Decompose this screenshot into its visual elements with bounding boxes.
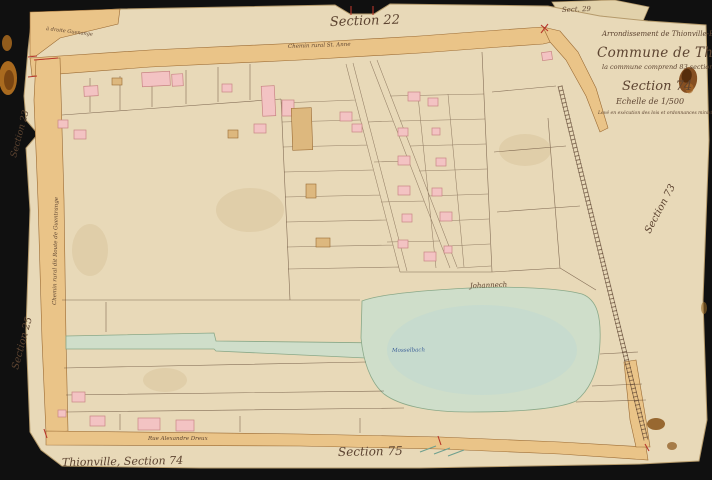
label-section-75: Section 75 [338, 444, 403, 459]
label-section-22: Section 22 [330, 13, 401, 30]
stain-bottom-right [647, 418, 665, 430]
label-water: Mosselbach [391, 347, 426, 354]
title-subnote: la commune comprend 83 sections [602, 63, 712, 71]
cadastral-map-scan: Section 22 Sect. 29 Section 23 Section 2… [0, 0, 712, 480]
title-section-number: Section 74 [622, 79, 692, 94]
map-canvas: Section 22 Sect. 29 Section 23 Section 2… [0, 0, 712, 480]
stain-right-edge [701, 302, 707, 314]
title-commune: Commune de Thionville [597, 45, 712, 61]
title-arrondissement: Arrondissement de Thionville-Est [601, 30, 712, 38]
label-locality-johannech: Johannech [468, 281, 508, 290]
stain-left-core [4, 70, 14, 90]
paper-sheet [24, 4, 709, 468]
title-scale: Echelle de 1/500 [615, 97, 684, 106]
stain-bottom-right-2 [667, 442, 677, 450]
label-sheet-title: Thionville, Section 74 [62, 454, 183, 469]
title-footnote: Levé en exécution des lois et ordonnance… [597, 109, 712, 116]
stain-left-edge-small [2, 35, 12, 51]
label-street-bottom: Rue Alexandre Dreux [147, 436, 209, 442]
label-sect-29: Sect. 29 [562, 5, 592, 14]
